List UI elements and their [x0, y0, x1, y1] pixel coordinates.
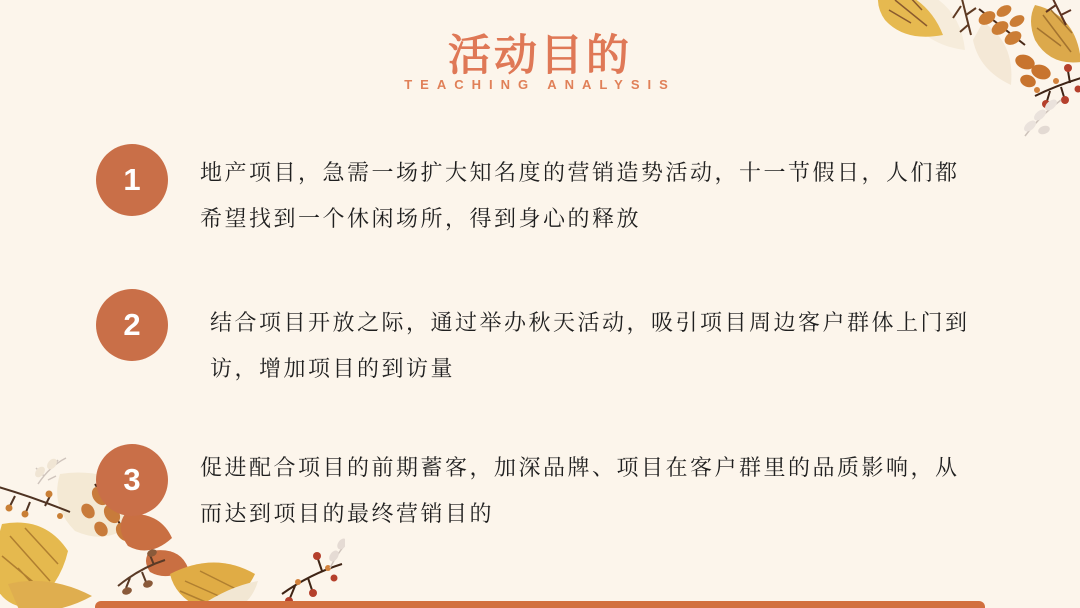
- slide-subtitle: TEACHING ANALYSIS: [0, 77, 1080, 92]
- item-text-2: 结合项目开放之际，通过举办秋天活动，吸引项目周边客户群体上门到访，增加项目的到访…: [210, 300, 982, 392]
- number-badge-3: 3: [96, 444, 168, 516]
- item-text-3: 促进配合项目的前期蓄客，加深品牌、项目在客户群里的品质影响，从而达到项目的最终营…: [200, 445, 972, 537]
- bottom-accent-bar: [95, 601, 985, 608]
- slide-title: 活动目的: [0, 22, 1080, 83]
- slide-canvas: 活动目的 TEACHING ANALYSIS 1 地产项目，急需一场扩大知名度的…: [0, 0, 1080, 608]
- number-badge-3-label: 3: [123, 462, 140, 498]
- item-text-1: 地产项目，急需一场扩大知名度的营销造势活动，十一节假日，人们都希望找到一个休闲场…: [200, 150, 972, 242]
- number-badge-2-label: 2: [123, 307, 140, 343]
- number-badge-1: 1: [96, 144, 168, 216]
- number-badge-2: 2: [96, 289, 168, 361]
- number-badge-1-label: 1: [123, 162, 140, 198]
